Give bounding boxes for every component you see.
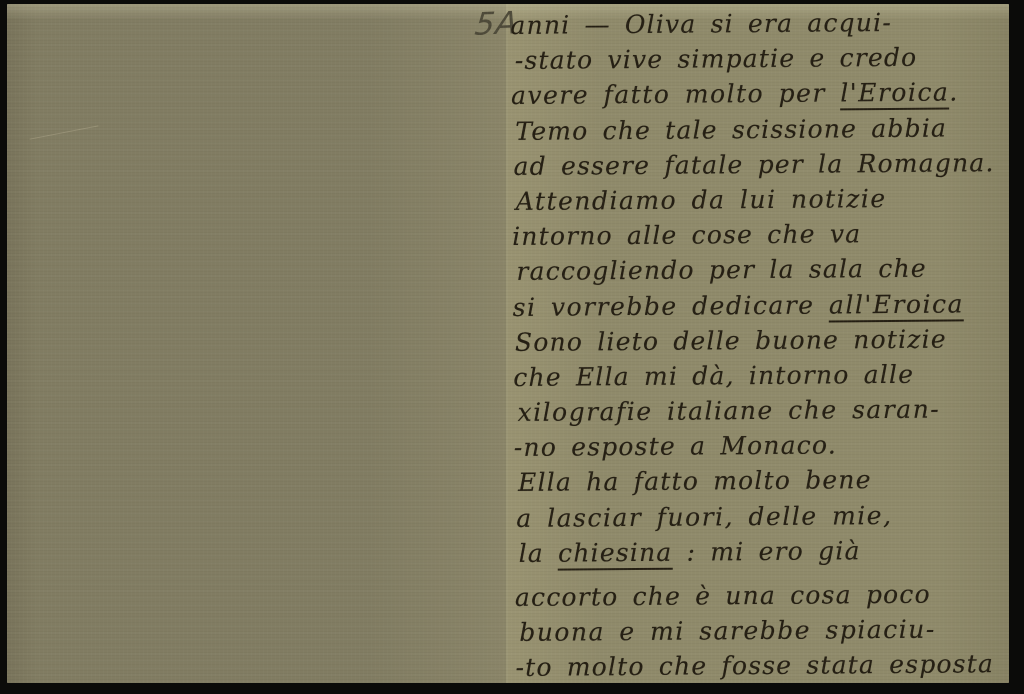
handwritten-text: che Ella mi dà, intorno alle: [513, 360, 914, 392]
handwritten-text: a lasciar fuori, delle mie,: [516, 501, 892, 533]
handwritten-text: Ella ha fatto molto bene: [518, 466, 872, 498]
handwritten-line: -no esposte a Monaco.: [514, 426, 1008, 465]
handwritten-text: Temo che tale scissione abbia: [515, 113, 947, 145]
handwritten-text: avere fatto molto per: [511, 79, 840, 111]
handwritten-line: -to molto che fosse stata esposta: [515, 646, 1009, 683]
handwritten-line: xilografie italiane che saran-: [513, 391, 1007, 430]
handwritten-text: Sono lieto delle buone notizie: [515, 324, 947, 356]
handwritten-line: a lasciar fuori, delle mie,: [514, 497, 1008, 536]
handwritten-text: la: [519, 538, 559, 567]
handwritten-line: si vorrebbe dedicare all'Eroica: [513, 286, 1007, 325]
handwritten-text: intorno alle cose che va: [512, 219, 861, 251]
handwritten-text: raccogliendo per la sala che: [516, 254, 927, 286]
handwritten-line: Sono lieto delle buone notizie: [513, 321, 1007, 360]
handwritten-line: la chiesina : mi ero già: [514, 532, 1008, 571]
handwritten-line: raccogliendo per la sala che: [512, 250, 1006, 289]
handwritten-text: accorto che è una cosa poco: [515, 580, 931, 612]
handwritten-line: intorno alle cose che va: [512, 215, 1006, 254]
letter-paper: 5A anni — Oliva si era acqui--stato vive…: [7, 4, 1009, 683]
handwritten-line: buona e mi sarebbe spiaciu-: [515, 611, 1009, 650]
underlined-word: all'Eroica: [829, 289, 964, 322]
handwritten-text: xilografie italiane che saran-: [517, 395, 940, 427]
handwritten-line: che Ella mi dà, intorno alle: [513, 356, 1007, 395]
handwritten-text: : mi ero già: [672, 536, 860, 566]
scanned-letter-photo: 5A anni — Oliva si era acqui--stato vive…: [0, 0, 1024, 694]
underlined-word: l'Eroica: [840, 78, 949, 111]
handwritten-text: buona e mi sarebbe spiaciu-: [519, 615, 936, 647]
handwritten-text: .: [949, 78, 959, 107]
handwritten-text: -no esposte a Monaco.: [514, 431, 837, 463]
handwritten-text: si vorrebbe dedicare: [513, 290, 830, 321]
handwritten-text: -to molto che fosse stata esposta: [515, 650, 994, 683]
letter-text: anni — Oliva si era acqui--stato vive si…: [510, 4, 1009, 683]
handwritten-line: Ella ha fatto molto bene: [514, 461, 1008, 500]
center-fold-line: [506, 4, 508, 683]
handwritten-line: Attendiamo da lui notizie: [512, 180, 1006, 219]
handwritten-text: ad essere fatale per la Romagna.: [513, 148, 994, 181]
underlined-word: chiesina: [558, 538, 673, 571]
handwritten-line: Temo che tale scissione abbia: [511, 110, 1005, 149]
handwritten-text: Attendiamo da lui notizie: [516, 184, 887, 216]
handwritten-text: anni — Oliva si era acqui-: [510, 8, 892, 40]
handwritten-line: ad essere fatale per la Romagna.: [511, 145, 1005, 184]
handwritten-line: accorto che è una cosa poco: [515, 576, 1009, 615]
handwritten-line: anni — Oliva si era acqui-: [510, 4, 1004, 43]
handwritten-text: -stato vive simpatie e credo: [515, 43, 918, 75]
letter-page-left-blank: [7, 4, 508, 683]
handwritten-line: avere fatto molto per l'Eroica.: [511, 74, 1005, 113]
handwritten-line: -stato vive simpatie e credo: [511, 39, 1005, 78]
